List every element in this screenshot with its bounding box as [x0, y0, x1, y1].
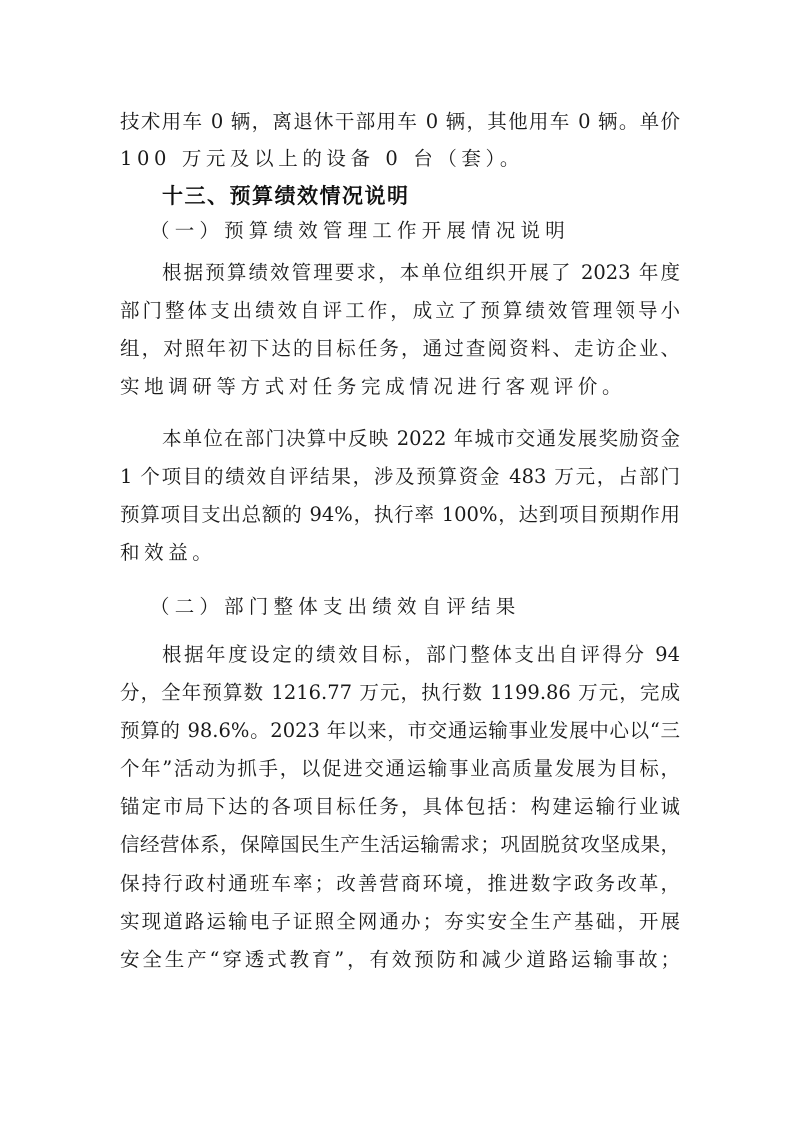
body-line: 预算项目支出总额的 94%，执行率 100%，达到项目预期作用: [120, 501, 680, 529]
body-line: 个年”活动为抓手，以促进交通运输事业高质量发展为目标，: [120, 755, 680, 783]
body-line: 锚定市局下达的各项目标任务，具体包括：构建运输行业诚: [120, 793, 680, 821]
body-line: 实现道路运输电子证照全网通办；夯实安全生产基础，开展: [120, 908, 680, 936]
document-page: 技术用车 0 辆，离退休干部用车 0 辆，其他用车 0 辆。单价 100 万元及…: [0, 0, 793, 1122]
body-line: 分，全年预算数 1216.77 万元，执行数 1199.86 万元，完成: [120, 679, 680, 707]
body-line: 预算的 98.6%。2023 年以来，市交通运输事业发展中心以“三: [120, 717, 680, 745]
section-heading: 十三、预算绩效情况说明: [162, 182, 680, 210]
body-line: 和效益。: [120, 539, 680, 567]
paragraph-first-line: 根据年度设定的绩效目标，部门整体支出自评得分 94: [162, 641, 680, 669]
body-line: 技术用车 0 辆，离退休干部用车 0 辆，其他用车 0 辆。单价: [120, 108, 680, 136]
subsection-heading: （二）部门整体支出绩效自评结果: [150, 593, 710, 621]
body-line: 100 万元及以上的设备 0 台（套）。: [120, 145, 680, 173]
body-line: 信经营体系，保障国民生产生活运输需求；巩固脱贫攻坚成果，: [120, 831, 680, 859]
body-line: 安全生产“穿透式教育”，有效预防和减少道路运输事故；: [120, 946, 680, 974]
body-line: 保持行政村通班车率；改善营商环境，推进数字政务改革，: [120, 870, 680, 898]
paragraph-first-line: 根据预算绩效管理要求，本单位组织开展了 2023 年度: [162, 259, 680, 287]
body-line: 部门整体支出绩效自评工作，成立了预算绩效管理领导小: [120, 297, 680, 325]
body-line: 实地调研等方式对任务完成情况进行客观评价。: [120, 373, 680, 401]
paragraph-first-line: 本单位在部门决算中反映 2022 年城市交通发展奖励资金: [162, 425, 680, 453]
body-line: 组，对照年初下达的目标任务，通过查阅资料、走访企业、: [120, 335, 680, 363]
body-line: 1 个项目的绩效自评结果，涉及预算资金 483 万元，占部门: [120, 463, 680, 491]
subsection-heading: （一）预算绩效管理工作开展情况说明: [150, 217, 710, 245]
